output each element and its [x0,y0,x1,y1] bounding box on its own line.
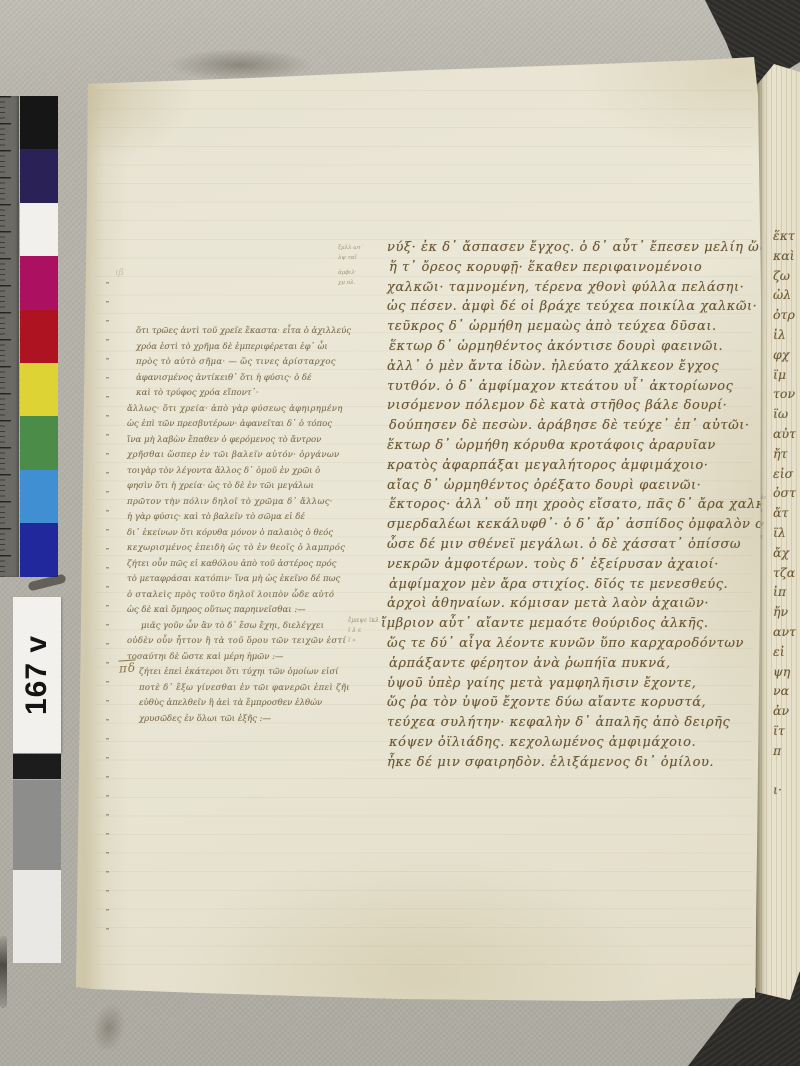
scholia-line: πρὸς τὸ αὐτὸ σῆμα· — ὥς τινες ἀρίσταρχος [136,355,323,371]
main-text-line: ὦσε δέ μιν σθένεϊ μεγάλωι. ὁ δὲ χάσσατ᾽ … [387,535,767,555]
scholia-line: τοιγὰρ τὸν λέγοντα ἄλλος δ᾽ ὁμοῦ ἐν χρῶι… [127,464,323,480]
facing-page-fore-edge: ἕκτκαὶζωὠλὀτρἰλφχϊμτονϊωαὐτἤτεἰσὀστἄτϊλἄ… [756,52,800,1004]
facing-page-text-line: ἄτ [773,503,800,523]
facing-page-text-line: ζω [773,266,800,286]
main-text-line: ἕκτωρ δ᾽ ὡρμηθέντος ἀκόντισε δουρὶ φαειν… [389,337,767,357]
lower-patch-black [13,754,61,779]
color-patch-black [20,96,58,149]
main-text-line: κόψεν ὀϊλιάδης. κεχολωμένος ἀμφιμάχοιο. [389,733,767,753]
color-patch-dark-blue [20,523,58,577]
margin-note-line: λψ ταῖ [338,254,392,264]
scholia-line: δι᾽ ἐκείνων ὅτι κόρυθα μόνον ὁ παλαιὸς ὁ… [127,526,323,542]
facing-page-text-line: ϊω [773,404,800,424]
main-text-line: σμερδαλέωι κεκάλυφθ᾽· ὁ δ᾽ ἄρ᾽ ἀσπίδος ὀ… [387,515,767,535]
facing-page-text-line: ι· [773,780,800,800]
main-text-line: δούπησεν δὲ πεσὼν. ἀράβησε δὲ τεύχε᾽ ἐπ᾽… [389,416,767,436]
scholia-line: φησὶν ὅτι ἡ χρεία· ὡς τὸ δὲ ἐν τῶι μεγάλ… [127,479,323,495]
facing-page-text-line: ἰπ [773,582,800,602]
main-text-block: νύξ· ἐκ δ᾽ ἄσπασεν ἔγχος. ὁ δ᾽ αὖτ᾽ ἔπεσ… [387,238,767,773]
main-text-line: ἴμβριον αὖτ᾽ αἴαντε μεμαότε θούριδος ἀλκ… [381,614,767,634]
main-text-line: ἕκτορος· ἀλλ᾽ οὔ πηι χροὸς εἴσατο, πᾶς δ… [389,495,767,515]
scholia-line: ὁ σταλεὶς πρὸς τοῦτο δηλοῖ λοιπὸν ὧδε αὐ… [127,588,323,604]
main-text-line: νισόμενον πόλεμον δὲ κατὰ στῆθος βάλε δο… [387,396,767,416]
facing-page-text-line: να [773,681,800,701]
facing-page-text-line: εἰσ [773,464,800,484]
scholia-line: εὐθὺς ἀπελθεῖν ἢ ἀεὶ τὰ ἔμπροσθεν ἐλθών [139,696,323,712]
facing-page-text-column: ἕκτκαὶζωὠλὀτρἰλφχϊμτονϊωαὐτἤτεἰσὀστἄτϊλἄ… [773,226,800,800]
scholia-line: χρυσῶδες ἐν ὅλωι τῶι ἑξῆς :— [139,712,323,728]
color-patch-light-blue [20,470,58,523]
faint-margin-mark: ιβ [115,268,124,278]
main-text-line: ἕκτωρ δ᾽ ὡρμήθη κόρυθα κροτάφοις ἀραρυῖα… [387,436,767,456]
folio-label-card: 167 v [13,597,61,753]
color-patch-navy [20,149,58,202]
margin-note-line: ἀμϕιλ· [338,269,392,279]
facing-page-text-line: ἤτ [773,444,800,464]
scholia-line: μιᾶς γοῦν ὧν ἂν τὸ δ᾽ ἔσω ἔχηι, διελέγχε… [141,619,323,635]
main-text-line: τεῦκρος δ᾽ ὡρμήθη μεμαὼς ἀπὸ τεύχεα δῦσα… [387,317,767,337]
main-text-line: κρατὸς ἀφαρπάξαι μεγαλήτορος ἀμφιμάχοιο· [387,456,767,476]
color-patch-red [20,310,58,363]
facing-page-text-line: ἄχ [773,543,800,563]
color-patch-magenta [20,256,58,309]
scholia-line: ἵνα μὴ λαβὼν ἔπαθεν ὁ φερόμενος τὸ ἄντρο… [127,433,323,449]
manuscript-photo: ἕκτκαὶζωὠλὀτρἰλφχϊμτονϊωαὐτἤτεἰσὀστἄτϊλἄ… [0,0,800,1066]
scholia-line: ὅτι τρῶες ἀντὶ τοῦ χρεῖε ἕκαστα· εἶτα ὁ … [136,324,323,340]
margin-notes-upper: ξμλλ ωτ´λψ ταῖἀμϕιλ·χμ πλ. [338,244,392,288]
main-text-line: τυτθόν. ὁ δ᾽ ἀμφίμαχον κτεάτου υἷ᾽ ἀκτορ… [387,377,767,397]
main-text-line: ἀμφίμαχον μὲν ἄρα στιχίος. δῖός τε μενεσ… [389,575,767,595]
quire-mark: πδ [119,660,137,675]
scholia-line: κεχωρισμένος ἐπειδὴ ὡς τὸ ἐν θεοῖς ὁ λαμ… [127,541,323,557]
scholia-line: τοσαύτηι δὲ ὥστε καὶ μέρη ἡμῶν :— [127,650,323,666]
left-edge-dark-mark [0,936,7,1008]
scholia-line: πρῶτον τὴν πόλιν δηλοῖ τὸ χρῶμα δ᾽ ἄλλως… [127,495,323,511]
scholia-line: χρῆσθαι ὥσπερ ἐν τῶι βαλεῖν αὐτόν· ὀργάν… [127,448,323,464]
facing-page-text-line: π [773,741,800,761]
main-text-line: αἴας δ᾽ ὡρμηθέντος ὀρέξατο δουρὶ φαεινῶι… [387,476,767,496]
main-text-line: ὑψοῦ ὑπὲρ γαίης μετὰ γαμφηλῆισιν ἔχοντε, [387,674,767,694]
pricking-dots [106,282,109,944]
main-text-line: νεκρῶν ἀμφοτέρων. τοὺς δ᾽ ἐξείρυσαν ἀχαι… [387,555,767,575]
main-text-line: τεύχεα συλήτην· κεφαλὴν δ᾽ ἁπαλῆς ἀπὸ δε… [387,713,767,733]
lower-patch-gray [13,780,61,870]
scholia-line: ἄλλως· ὅτι χρεία· ἀπὸ γὰρ φύσεως ἀφηιρημ… [127,402,323,418]
manuscript-page: ιβ ξμλλ ωτ´λψ ταῖἀμϕιλ·χμ πλ. ὅτι τρῶες … [0,0,800,1066]
main-text-line: ἥ τ᾽ ὄρεος κορυφῇ· ἕκαθεν περιφαινομένοι… [389,258,767,278]
facing-page-text-line: ϊτ [773,721,800,741]
scholia-line: ζήτει οὖν πῶς εἰ καθόλου ἀπὸ τοῦ ἀστέρος… [127,557,323,573]
facing-page-text-line: αντ [773,622,800,642]
facing-page-text-line: ἕκτ [773,226,800,246]
scholia-line: τὸ μεταφράσαι κατόπιν· ἵνα μὴ ὡς ἐκεῖνο … [127,572,323,588]
margin-note-line: ξμλλ ωτ´ [338,244,392,254]
scholia-line: ὡς ἐπὶ τῶν πρεσβυτέρων· ἀφανεῖται δ᾽ ὁ τ… [127,417,323,433]
facing-page-text-line: ἤν [773,602,800,622]
scholia-line: καὶ τὸ τρύφος χρόα εἴποντ᾽· [136,386,323,402]
facing-page-text-line [773,761,800,781]
color-patch-green [20,416,58,469]
facing-page-text-line: αὐτ [773,424,800,444]
facing-page-text-line: ἰλ [773,325,800,345]
main-text-line: ἀρχοὶ ἀθηναίων. κόμισαν μετὰ λαὸν ἀχαιῶν… [387,594,767,614]
facing-page-text-line: τον [773,384,800,404]
color-patch-yellow [20,363,58,416]
scholia-line: ἡ γὰρ φύσις· καὶ τὸ βαλεῖν τὸ σῶμα εἰ δέ [127,510,323,526]
facing-page-text-line: ψη [773,662,800,682]
scholia-line: οὐδὲν οὖν ἧττον ἢ τὰ τοῦ ὅρου τῶν τειχῶν… [127,634,323,650]
main-text-line: ὡς πέσεν. ἀμφὶ δέ οἱ βράχε τεύχεα ποικίλ… [387,297,767,317]
scholia-line: ὡς δὲ καὶ ὅμηρος οὕτως παρηινεῖσθαι :— [127,603,323,619]
main-text-line: ἁρπάξαντε φέρητον ἀνὰ ῥωπήϊα πυκνά, [389,654,767,674]
facing-page-text-line: τζα [773,563,800,583]
main-text-line: ὥς ῥα τὸν ὑψοῦ ἔχοντε δύω αἴαντε κορυστά… [387,693,767,713]
scholia-line: ποτὲ δ᾽ ἔξω γίνεσθαι ἐν τῶι φανερῶι ἐπεὶ… [139,681,323,697]
facing-page-text-line: ὀτρ [773,305,800,325]
main-text-line: νύξ· ἐκ δ᾽ ἄσπασεν ἔγχος. ὁ δ᾽ αὖτ᾽ ἔπεσ… [387,238,767,258]
facing-page-text-line: ὠλ [773,285,800,305]
facing-page-text-line: εἰ [773,642,800,662]
folio-label: 167 v [20,635,54,715]
scholia-line: ἀφανισμένος ἀντίκειθ᾽ ὅτι ἡ φύσις· ὁ δέ [136,371,323,387]
main-text-line: ὥς τε δύ᾽ αἶγα λέοντε κυνῶν ὕπο καρχαροδ… [387,634,767,654]
lower-patch-white [13,870,61,963]
facing-page-text-line: ϊμ [773,365,800,385]
facing-page-text-line: ἀν [773,701,800,721]
calibration-ruler [0,96,19,577]
main-text-line: χαλκῶι· ταμνομένη, τέρενα χθονὶ φύλλα πε… [387,278,767,298]
scholia-line: ζήτει ἐπεὶ ἑκάτεροι ὅτι τύχηι τῶν ὁμοίων… [139,665,323,681]
scholia-block: ὅτι τρῶες ἀντὶ τοῦ χρεῖε ἕκαστα· εἶτα ὁ … [127,324,323,727]
color-patch-white [20,203,58,256]
main-text-line: ἧκε δέ μιν σφαιρηδὸν. ἑλιξάμενος δι᾽ ὁμί… [387,753,767,773]
scholia-line: χρόα ἐστὶ τὸ χρῆμα δὲ ἐμπεριφέρεται ἐφ᾽ … [136,340,323,356]
facing-page-text-line: καὶ [773,246,800,266]
main-text-line: ἀλλ᾽ ὁ μὲν ἄντα ἰδὼν. ἠλεύατο χάλκεον ἔγ… [387,357,767,377]
facing-page-text-line: ὀστ [773,483,800,503]
facing-page-text-line: φχ [773,345,800,365]
margin-note-line: χμ πλ. [338,279,392,289]
facing-page-text-line: ϊλ [773,523,800,543]
